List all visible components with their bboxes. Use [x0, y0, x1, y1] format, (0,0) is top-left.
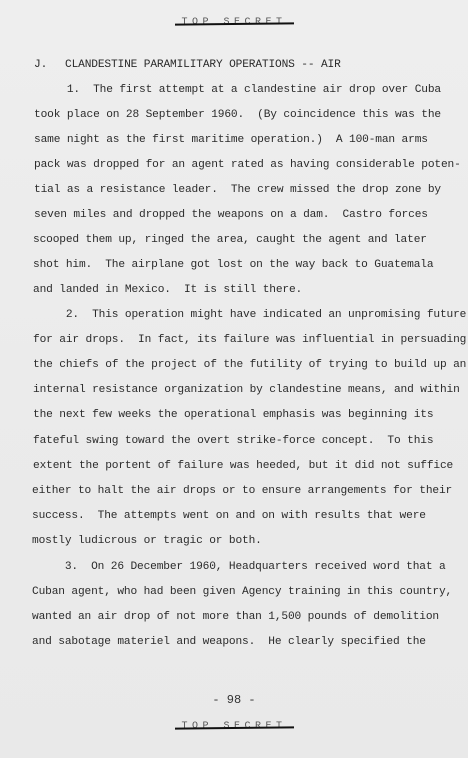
text-line: wanted an air drop of not more than 1,50…	[32, 610, 439, 624]
page-number: - 98 -	[0, 693, 468, 707]
text-line: fateful swing toward the overt strike-fo…	[33, 434, 433, 448]
text-line: success. The attempts went on and on wit…	[32, 509, 426, 523]
text-line: and landed in Mexico. It is still there.	[33, 283, 302, 297]
text-line: Cuban agent, who had been given Agency t…	[32, 585, 452, 599]
text-line: internal resistance organization by clan…	[33, 383, 460, 397]
text-line: mostly ludicrous or tragic or both.	[32, 534, 262, 548]
text-line: scooped them up, ringed the area, caught…	[33, 233, 427, 247]
text-line: pack was dropped for an agent rated as h…	[34, 158, 461, 172]
text-line: 2. This operation might have indicated a…	[33, 308, 466, 322]
section-title: CLANDESTINE PARAMILITARY OPERATIONS -- A…	[65, 58, 341, 72]
text-line: and sabotage materiel and weapons. He cl…	[32, 635, 426, 649]
text-line: 3. On 26 December 1960, Headquarters rec…	[32, 560, 446, 574]
document-page: TOP SECRET J. CLANDESTINE PARAMILITARY O…	[0, 0, 468, 758]
text-line: same night as the first maritime operati…	[34, 133, 428, 147]
section-letter: J.	[34, 58, 47, 72]
text-line: extent the portent of failure was heeded…	[33, 459, 453, 473]
text-line: seven miles and dropped the weapons on a…	[34, 208, 428, 222]
text-line: tial as a resistance leader. The crew mi…	[34, 183, 441, 197]
text-line: the chiefs of the project of the futilit…	[33, 358, 466, 372]
text-line: shot him. The airplane got lost on the w…	[33, 258, 433, 272]
struck-classification-top: TOP SECRET	[179, 17, 288, 28]
text-line: 1. The first attempt at a clandestine ai…	[34, 83, 441, 97]
classification-stamp-top: TOP SECRET	[0, 17, 468, 28]
classification-stamp-bottom: TOP SECRET	[0, 721, 468, 732]
text-line: either to halt the air drops or to ensur…	[32, 484, 452, 498]
struck-classification-bottom: TOP SECRET	[179, 721, 288, 732]
text-line: the next few weeks the operational empha…	[33, 408, 433, 422]
text-line: took place on 28 September 1960. (By coi…	[34, 108, 441, 122]
text-line: for air drops. In fact, its failure was …	[33, 333, 466, 347]
